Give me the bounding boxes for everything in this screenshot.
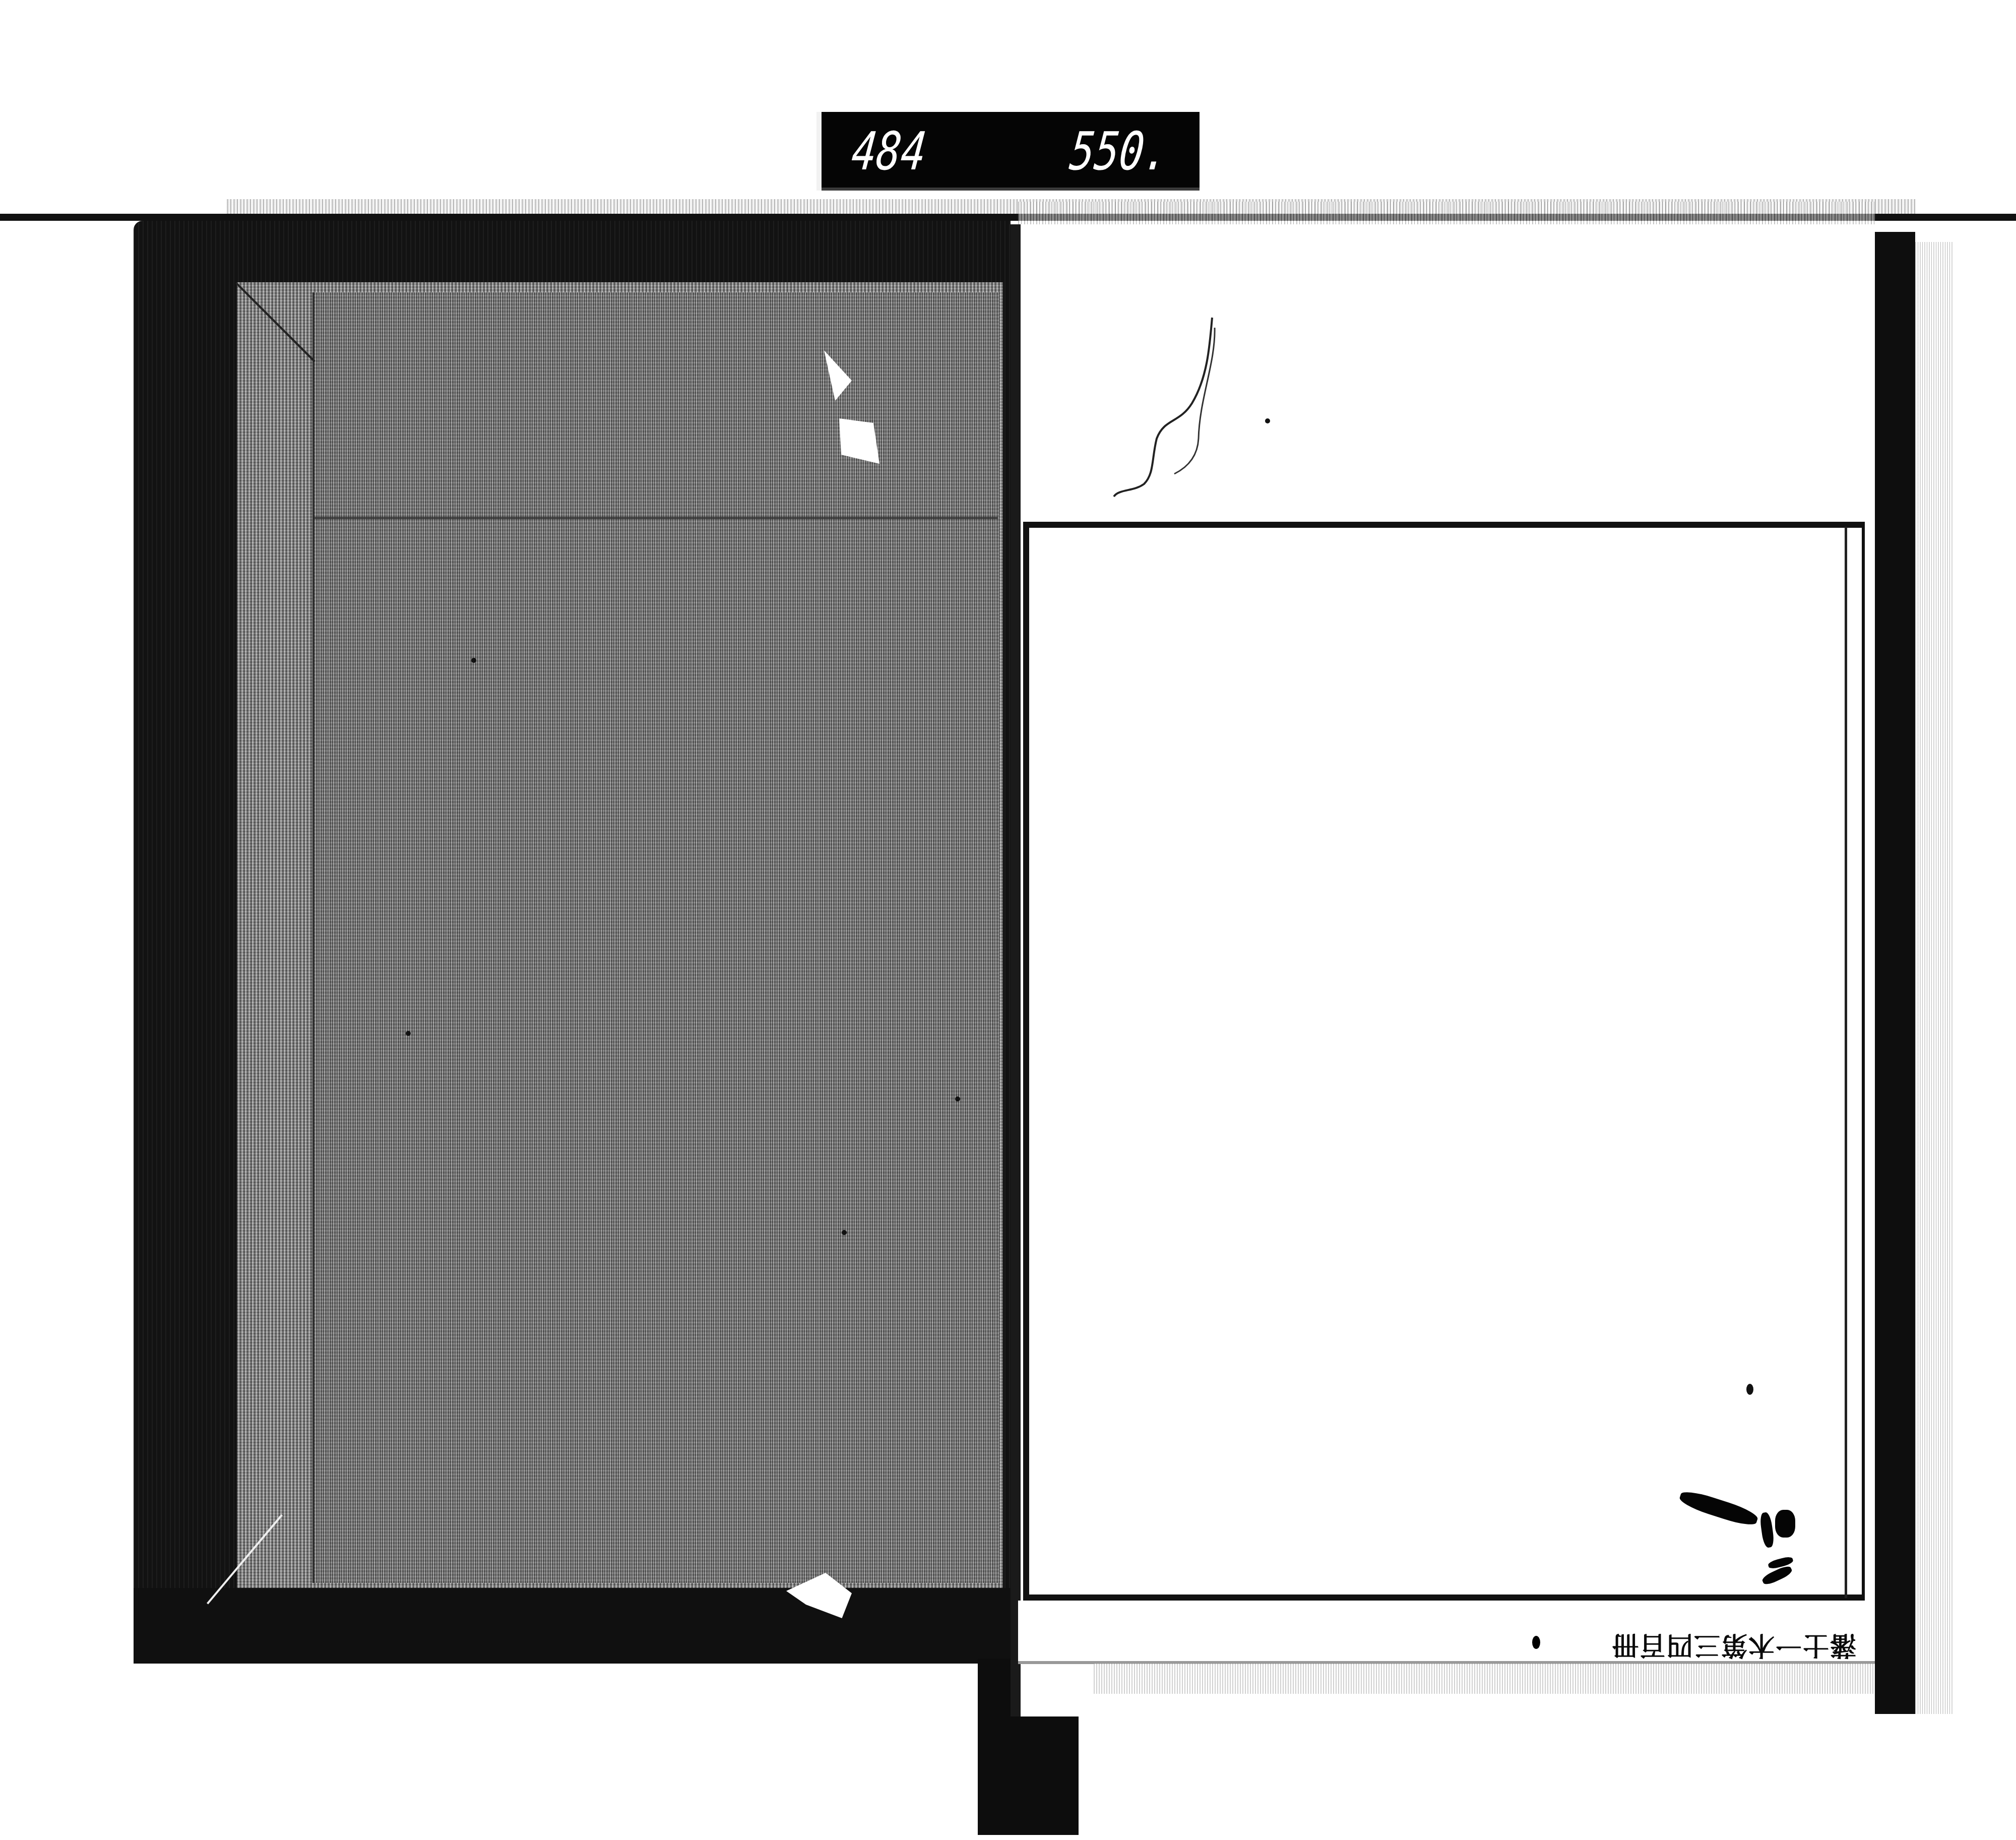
brush-stroke bbox=[1678, 1488, 1760, 1529]
page-gutter-edge bbox=[1011, 224, 1021, 1716]
frame-counter: 484 550. bbox=[816, 112, 1200, 191]
speck bbox=[1746, 1384, 1753, 1395]
handwritten-mark bbox=[1658, 1472, 1809, 1573]
frame-number-text: 550. bbox=[1067, 127, 1171, 175]
page-frame-border bbox=[1023, 522, 1865, 1601]
speck bbox=[471, 658, 476, 663]
cover-bottom-edge bbox=[134, 1588, 1011, 1664]
cover-fold-line bbox=[312, 517, 998, 519]
page-frame-inner-line bbox=[1845, 527, 1847, 1598]
speck bbox=[955, 1096, 960, 1101]
page-fore-edge bbox=[1875, 232, 1915, 1714]
frame-number: 550. bbox=[1056, 127, 1182, 175]
brush-stroke bbox=[1759, 1512, 1775, 1548]
cover-paper bbox=[312, 292, 999, 1583]
speck bbox=[842, 1230, 847, 1235]
ink-dot bbox=[1532, 1636, 1540, 1649]
brush-stroke bbox=[1775, 1510, 1795, 1538]
reel-number: 484 bbox=[842, 127, 936, 175]
bottom-imprint-text: 藩士一木第三四百冊 bbox=[1608, 1627, 1860, 1663]
page-fore-edge-shadow bbox=[1915, 242, 1953, 1714]
ink-mark bbox=[1109, 308, 1230, 499]
reel-number-text: 484 bbox=[850, 127, 929, 175]
speck bbox=[406, 1031, 411, 1036]
speck bbox=[1265, 418, 1270, 423]
page-bottom-edge bbox=[1094, 1664, 1875, 1694]
